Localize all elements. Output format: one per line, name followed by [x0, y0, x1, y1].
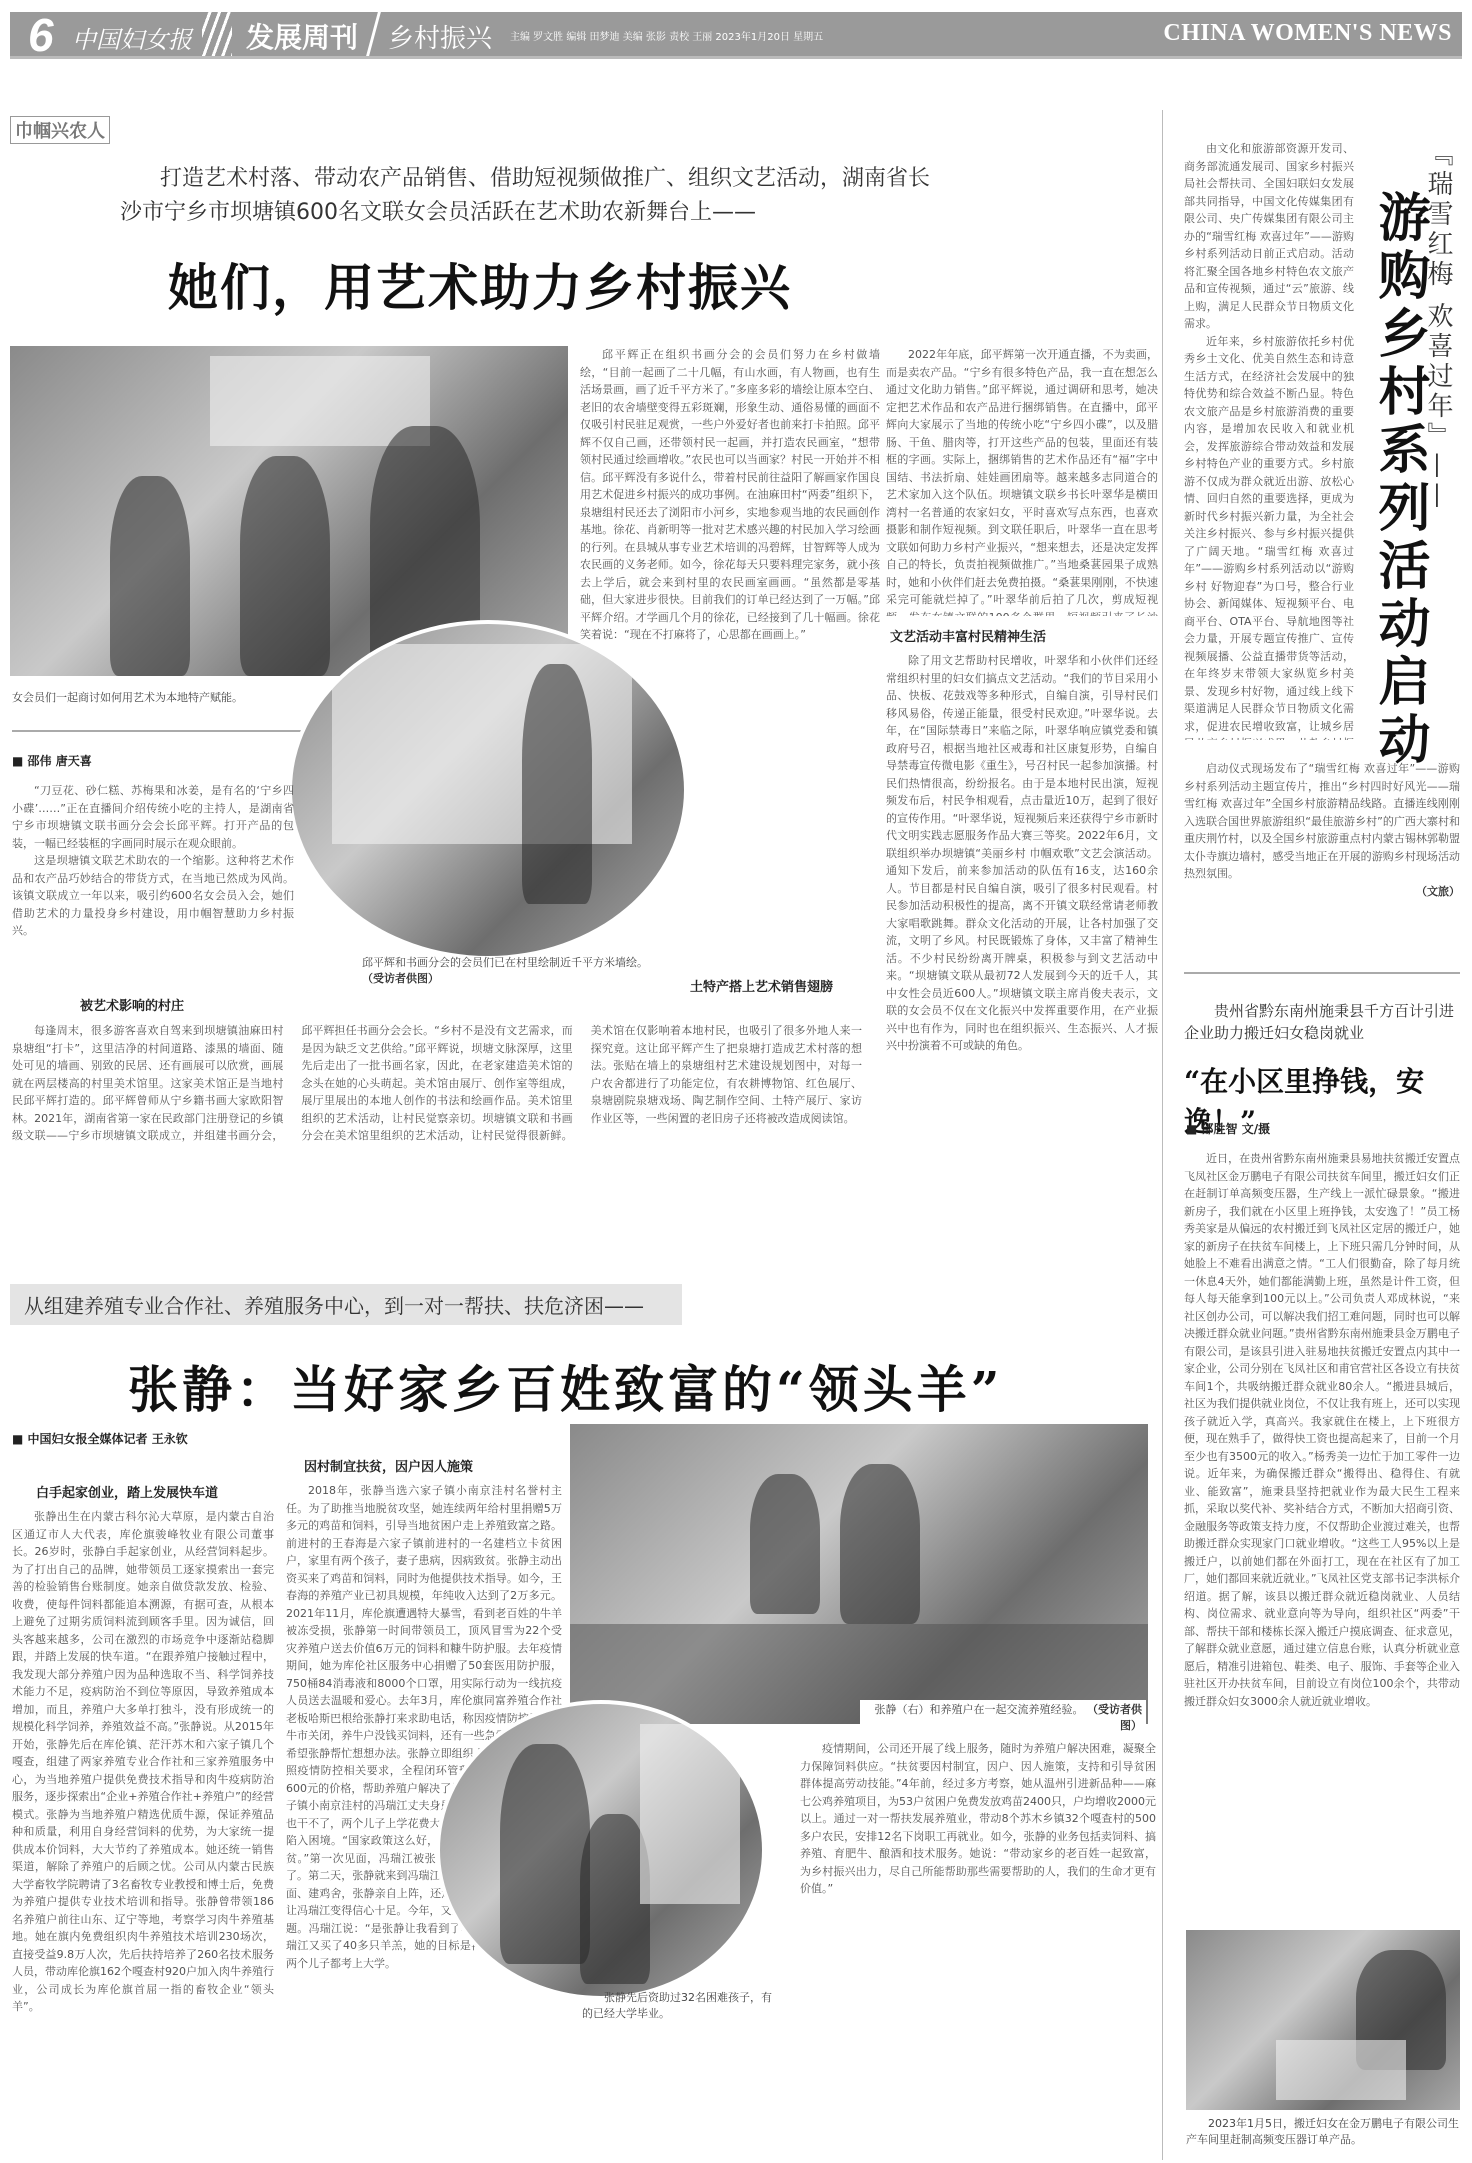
article1-col3b-text: 除了用文艺帮助村民增收，叶翠华和小伙伴们还经常组织村里的妇女们搞点文艺活动。“我…: [886, 652, 1158, 1232]
newspaper-logo: 中国妇女报: [72, 20, 192, 55]
sidebar1-vertical-title: 游购乡村系列活动启动: [1362, 190, 1437, 770]
editor-credits: 主编 罗文胜 编辑 田梦迪 美编 张影 责校 王丽 2023年1月20日 星期五: [510, 28, 823, 43]
article1-kicker-line1: 打造艺术村落、带动农产品销售、借助短视频做推广、组织文艺活动，湖南省长: [160, 162, 930, 196]
article1-headline: 她们，用艺术助力乡村振兴: [168, 248, 792, 320]
section1-paragraph: 每逢周末，很多游客喜欢自驾来到坝塘镇油麻田村泉塘组“打卡”，这里洁净的村间道路、…: [12, 1022, 862, 1145]
article1-col3-text: 2022年年底，邱平辉第一次开通直播，不为卖画，而是卖农产品。“宁乡有很多特色产…: [886, 346, 1158, 616]
section2-paragraph: 2022年年底，邱平辉第一次开通直播，不为卖画，而是卖农产品。“宁乡有很多特色产…: [886, 346, 1158, 616]
divider: [1184, 972, 1460, 974]
article2-col4-text: 疫情期间，公司还开展了线上服务，随时为养殖户解决困难，凝聚全力保障饲料供应。“扶…: [800, 1740, 1156, 2160]
sidebar2-text: 近日，在贵州省黔东南州施秉县易地扶贫搬迁安置点飞凤社区金万鹏电子有限公司扶贫车间…: [1184, 1150, 1460, 1920]
article1-subhead1: 被艺术影响的村庄: [80, 995, 184, 1014]
sidebar2-byline: 邰胜智 文/摄: [1186, 1120, 1270, 1137]
section-title: 发展周刊: [246, 16, 358, 56]
article1-col2-text: 邱平辉正在组织书画分会的会员们努力在乡村做墙绘，“目前一起画了二十几幅，有山水画…: [580, 346, 880, 956]
section1-continued: 邱平辉正在组织书画分会的会员们努力在乡村做墙绘，“目前一起画了二十几幅，有山水画…: [580, 346, 880, 644]
article2-col1-text: 张静出生在内蒙古科尔沁大草原，是内蒙古自治区通辽市人大代表，库伦旗骏峰牧业有限公…: [12, 1508, 274, 2158]
article1-lead: “刀豆花、砂仁糕、苏梅果和冰姜，是有名的‘宁乡四小碟’……”正在直播间介绍传统小…: [12, 782, 294, 982]
english-name: CHINA WOMEN'S NEWS: [1163, 20, 1452, 47]
photo1-caption-text: 张静（右）和养殖户在一起交流养殖经验。: [875, 1703, 1084, 1716]
divider: [12, 730, 302, 732]
sidebar2-kicker: 贵州省黔东南州施秉县千方百计引进企业助力搬迁妇女稳岗就业: [1184, 1000, 1460, 1044]
subsection-title: 乡村振兴: [388, 18, 492, 55]
column-divider: [1162, 110, 1163, 2160]
article1-kicker-line2: 沙市宁乡市坝塘镇600名文联女会员活跃在艺术助农新舞台上——: [120, 196, 756, 230]
photo-zhangjing-chickens: [570, 1424, 1148, 1724]
photo2-caption: 邱平辉和书画分会的会员们已在村里绘制近千平方米墙绘。 （受访者供图）: [362, 955, 652, 987]
article2-section1: 张静出生在内蒙古科尔沁大草原，是内蒙古自治区通辽市人大代表，库伦旗骏峰牧业有限公…: [12, 1508, 274, 2016]
masthead-underline: [10, 56, 1462, 59]
article2-byline: 中国妇女报全媒体记者 王永钦: [12, 1430, 188, 1447]
sidebar1-para3: 启动仪式现场发布了“瑞雪红梅 欢喜过年”——游购乡村系列活动主题宣传片，推出“乡…: [1184, 760, 1460, 883]
slash-decoration: [202, 12, 232, 56]
photo-zhangjing-children: [436, 1700, 766, 2000]
article2-subhead1: 白手起家创业，踏上发展快车道: [36, 1482, 218, 1501]
article1-subhead3: 文艺活动丰富村民精神生活: [890, 626, 1046, 645]
photo2-credit: （受访者供图）: [362, 972, 439, 985]
article1-byline: 邵伟 唐天喜: [12, 752, 92, 769]
photo1-credit: （受访者供图）: [1087, 1703, 1142, 1732]
sidebar2-body: 近日，在贵州省黔东南州施秉县易地扶贫搬迁安置点飞凤社区金万鹏电子有限公司扶贫车间…: [1184, 1150, 1460, 1710]
article2-photo1-caption: 张静（右）和养殖户在一起交流养殖经验。 （受访者供图）: [860, 1700, 1146, 1736]
page-number: 6: [28, 8, 54, 62]
sidebar1-credit: （文旅）: [1184, 883, 1460, 901]
masthead: 6 中国妇女报 发展周刊 乡村振兴 主编 罗文胜 编辑 田梦迪 美编 张影 责校…: [10, 12, 1462, 56]
section3-paragraph: 除了用文艺帮助村民增收，叶翠华和小伙伴们还经常组织村里的妇女们搞点文艺活动。“我…: [886, 652, 1158, 1055]
sidebar1-para1: 由文化和旅游部资源开发司、商务部流通发展司、国家乡村振兴局社会帮扶司、全国妇联妇…: [1184, 140, 1354, 333]
article2-headline: 张静：当好家乡百姓致富的“领头羊”: [128, 1350, 1004, 1422]
sidebar1-text-b: 启动仪式现场发布了“瑞雪红梅 欢喜过年”——游购乡村系列活动主题宣传片，推出“乡…: [1184, 760, 1460, 950]
photo1-caption: 女会员们一起商讨如何用艺术为本地特产赋能。: [12, 690, 243, 706]
article2-photo2-caption: 张静先后资助过32名困难孩子，有的已经大学毕业。: [582, 1990, 782, 2022]
sidebar1-text: 由文化和旅游部资源开发司、商务部流通发展司、国家乡村振兴局社会帮扶司、全国妇联妇…: [1184, 140, 1354, 740]
photo2-caption-text: 邱平辉和书画分会的会员们已在村里绘制近千平方米墙绘。: [362, 956, 648, 969]
sidebar2-photo-caption: 2023年1月5日，搬迁妇女在金万鹏电子有限公司生产车间里赶制高频变压器订单产品…: [1186, 2116, 1462, 2148]
second-paragraph: 这是坝塘镇文联艺术助农的一个缩影。这种将艺术作品和农产品巧妙结合的带货方式，在当…: [12, 852, 294, 940]
article2-section2-continued: 疫情期间，公司还开展了线上服务，随时为养殖户解决困难，凝聚全力保障饲料供应。“扶…: [800, 1740, 1156, 1898]
lead-paragraph: “刀豆花、砂仁糕、苏梅果和冰姜，是有名的‘宁乡四小碟’……”正在直播间介绍传统小…: [12, 782, 294, 852]
photo-factory-workers: [1186, 1930, 1460, 2110]
column-logo: 巾帼兴农人: [10, 116, 110, 144]
article1-subhead2: 土特产搭上艺术销售翅膀: [690, 978, 860, 998]
separator-slash: [366, 12, 381, 56]
sidebar1-para2: 近年来，乡村旅游依托乡村优秀乡土文化、优美自然生态和诗意生活方式，在经济社会发展…: [1184, 333, 1354, 741]
article2-subhead2: 因村制宜扶贫，因户因人施策: [304, 1456, 473, 1475]
article1-section1-text: 每逢周末，很多游客喜欢自驾来到坝塘镇油麻田村泉塘组“打卡”，这里洁净的村间道路、…: [12, 1022, 862, 1222]
article2-kicker: 从组建养殖专业合作社、养殖服务中心，到一对一帮扶、扶危济困——: [10, 1284, 682, 1325]
